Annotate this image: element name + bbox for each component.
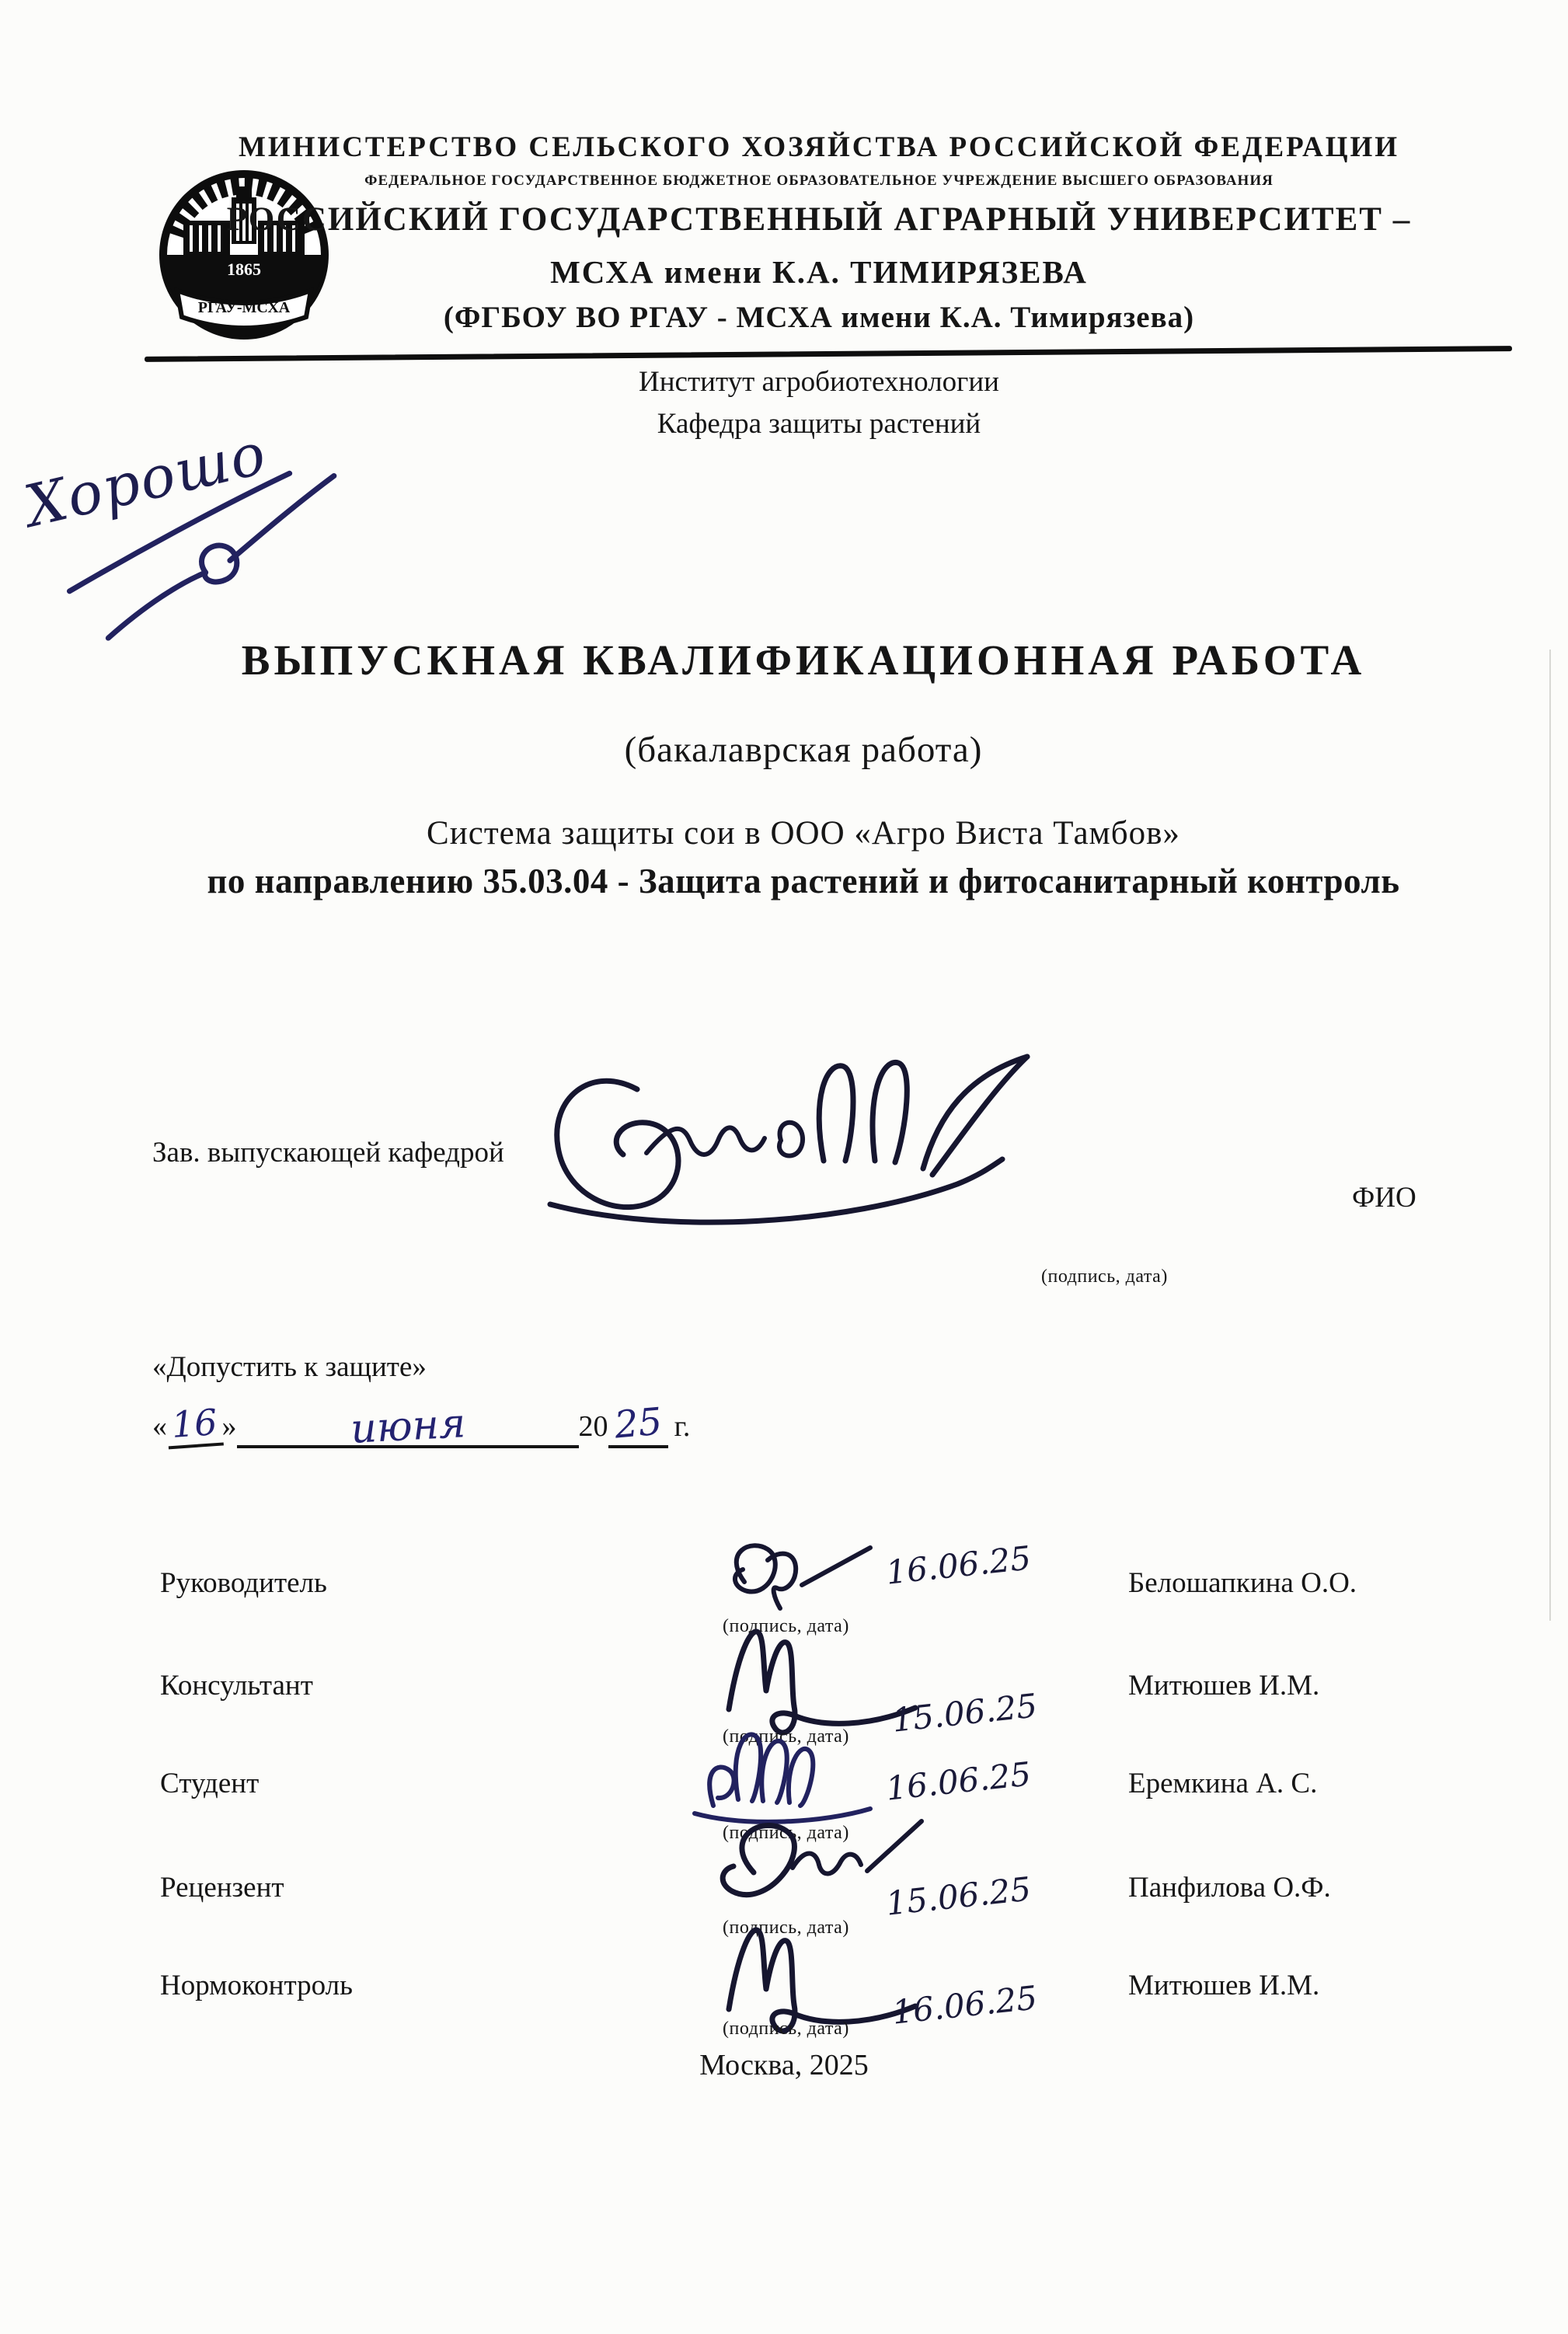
admit-to-defense-label: «Допустить к защите»	[152, 1350, 427, 1384]
handwritten-year: 25	[612, 1399, 664, 1447]
signer-name: Митюшев И.М.	[1128, 1969, 1319, 2002]
signer-role: Студент	[160, 1767, 259, 1800]
dept-head-signature	[513, 1050, 1057, 1241]
signer-role: Консультант	[160, 1669, 313, 1702]
signer-name: Митюшев И.М.	[1128, 1669, 1319, 1702]
institute-name: Институт агробиотехнологии	[117, 365, 1521, 399]
handwritten-day: 16	[166, 1401, 223, 1450]
signature-scribble	[699, 1537, 901, 1622]
signer-role: Рецензент	[160, 1871, 284, 1904]
ministry-line: МИНИСТЕРСТВО СЕЛЬСКОГО ХОЗЯЙСТВА РОССИЙС…	[117, 131, 1521, 164]
federal-institution-line: ФЕДЕРАЛЬНОЕ ГОСУДАРСТВЕННОЕ БЮДЖЕТНОЕ ОБ…	[117, 172, 1521, 190]
signature-scribble	[513, 1050, 1057, 1237]
signer-name: Панфилова О.Ф.	[1128, 1871, 1331, 1904]
university-name-line1: РОССИЙСКИЙ ГОСУДАРСТВЕННЫЙ АГРАРНЫЙ УНИВ…	[117, 200, 1521, 239]
university-name-line2: МСХА имени К.А. ТИМИРЯЗЕВА	[117, 253, 1521, 291]
signer-role: Руководитель	[160, 1566, 327, 1600]
signer-date: 16.06.25	[884, 1754, 1033, 1807]
date-close-quote: »	[222, 1410, 237, 1443]
signer-signature	[699, 1537, 901, 1626]
signature-caption: (подпись, дата)	[1041, 1266, 1168, 1287]
defense-date-line: «16»июня2025г.	[152, 1399, 690, 1448]
handwritten-grade-note: Хорошо	[19, 400, 389, 672]
year-printed-prefix: 20	[579, 1410, 608, 1443]
signer-date: 16.06.25	[884, 1538, 1033, 1591]
university-abbreviation: (ФГБОУ ВО РГАУ - МСХА имени К.А. Тимиряз…	[117, 300, 1521, 335]
year-suffix: г.	[674, 1410, 691, 1443]
city-year: Москва, 2025	[0, 2048, 1568, 2082]
fio-label: ФИО	[1352, 1181, 1416, 1214]
document-title: ВЫПУСКНАЯ КВАЛИФИКАЦИОННАЯ РАБОТА	[85, 636, 1521, 685]
signer-name: Белошапкина О.О.	[1128, 1566, 1357, 1600]
date-open-quote: «	[152, 1410, 167, 1443]
thesis-topic: Система защиты сои в ООО «Агро Виста Там…	[85, 814, 1521, 852]
header-divider-line	[145, 346, 1512, 362]
year-blank-line: 25	[608, 1402, 668, 1448]
title-page-scan: 1865 РГАУ-МСХА МИНИСТЕРСТВО СЕЛЬСКОГО ХО…	[0, 0, 1568, 2334]
signer-role: Нормоконтроль	[160, 1969, 353, 2002]
document-subtitle: (бакалаврская работа)	[85, 729, 1521, 771]
scan-edge-artifact	[1549, 650, 1551, 1621]
dept-head-label: Зав. выпускающей кафедрой	[152, 1136, 504, 1169]
handwritten-month: июня	[349, 1400, 466, 1453]
month-blank-line: июня	[237, 1399, 579, 1448]
signature-caption: (подпись, дата)	[723, 2019, 849, 2040]
signer-name: Еремкина А. С.	[1128, 1767, 1317, 1800]
study-direction: по направлению 35.03.04 - Защита растени…	[85, 861, 1521, 901]
